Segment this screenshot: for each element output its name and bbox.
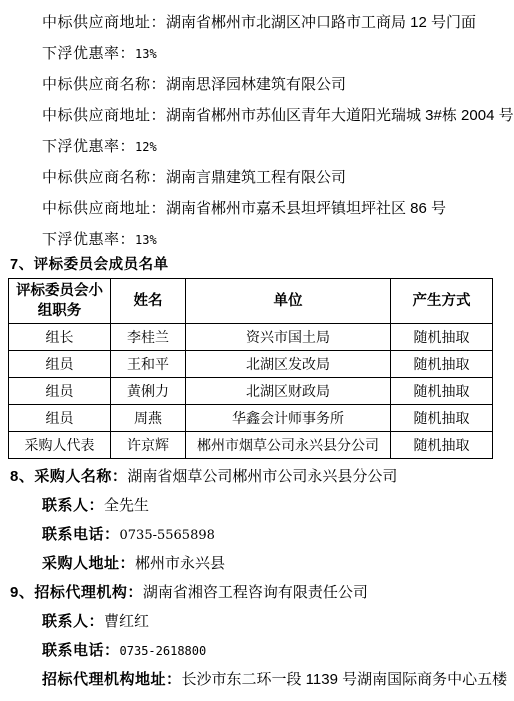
field-label: 下浮优惠率： xyxy=(42,138,135,155)
table-row: 组长 李桂兰 资兴市国土局 随机抽取 xyxy=(9,324,493,351)
cell-name: 黄俐力 xyxy=(111,378,186,405)
field-label: 联系电话： xyxy=(42,642,120,659)
field-value: 曹红红 xyxy=(104,613,149,630)
field-value: 湖南省郴州市苏仙区青年大道阳光瑞城 3#栋 2004 号 xyxy=(166,107,514,124)
winning-supplier-address-line: 中标供应商地址：湖南省郴州市苏仙区青年大道阳光瑞城 3#栋 2004 号 xyxy=(0,100,514,131)
field-label: 9、招标代理机构： xyxy=(10,584,143,601)
field-value: 湖南言鼎建筑工程有限公司 xyxy=(166,169,346,186)
field-label: 招标代理机构地址： xyxy=(42,671,182,688)
cell-unit: 郴州市烟草公司永兴县分公司 xyxy=(186,432,391,459)
field-label: 8、采购人名称： xyxy=(10,468,127,485)
winning-supplier-name-line: 中标供应商名称：湖南言鼎建筑工程有限公司 xyxy=(0,162,514,193)
field-value: 湖南省湘咨工程咨询有限责任公司 xyxy=(143,584,368,601)
cell-unit: 北湖区发改局 xyxy=(186,351,391,378)
cell-unit: 华鑫会计师事务所 xyxy=(186,405,391,432)
field-label: 中标供应商名称： xyxy=(42,169,166,186)
field-label: 采购人地址： xyxy=(42,555,135,572)
cell-name: 王和平 xyxy=(111,351,186,378)
field-value: 湖南思泽园林建筑有限公司 xyxy=(166,76,346,93)
cell-method: 随机抽取 xyxy=(391,351,493,378)
field-label: 下浮优惠率： xyxy=(42,231,135,248)
field-value: 13% xyxy=(135,233,157,247)
discount-rate-line: 下浮优惠率：13% xyxy=(0,38,514,69)
winning-supplier-address-line: 中标供应商地址：湖南省郴州市北湖区冲口路市工商局 12 号门面 xyxy=(0,7,514,38)
field-value: 12% xyxy=(135,140,157,154)
purchaser-name-line: 8、采购人名称：湖南省烟草公司郴州市公司永兴县分公司 xyxy=(0,462,514,491)
cell-method: 随机抽取 xyxy=(391,405,493,432)
agency-phone-line: 联系电话：0735-2618800 xyxy=(0,636,514,665)
purchaser-phone-line: 联系电话：0735-5565898 xyxy=(0,520,514,549)
discount-rate-line: 下浮优惠率：12% xyxy=(0,131,514,162)
table-header-method: 产生方式 xyxy=(391,279,493,324)
field-value: 湖南省烟草公司郴州市公司永兴县分公司 xyxy=(127,468,397,485)
field-label: 下浮优惠率： xyxy=(42,45,135,62)
table-header-unit: 单位 xyxy=(186,279,391,324)
field-value: 湖南省郴州市嘉禾县坦坪镇坦坪社区 86 号 xyxy=(166,200,446,217)
committee-table: 评标委员会小组职务 姓名 单位 产生方式 组长 李桂兰 资兴市国土局 随机抽取 … xyxy=(8,278,493,459)
field-value: 郴州市永兴县 xyxy=(135,555,225,572)
field-label: 联系电话： xyxy=(42,526,120,543)
purchaser-address-line: 采购人地址：郴州市永兴县 xyxy=(0,549,514,578)
agency-name-line: 9、招标代理机构：湖南省湘咨工程咨询有限责任公司 xyxy=(0,578,514,607)
cell-name: 许京辉 xyxy=(111,432,186,459)
field-value: 全先生 xyxy=(104,497,149,514)
cell-name: 周燕 xyxy=(111,405,186,432)
table-row: 组员 王和平 北湖区发改局 随机抽取 xyxy=(9,351,493,378)
winning-supplier-address-line: 中标供应商地址：湖南省郴州市嘉禾县坦坪镇坦坪社区 86 号 xyxy=(0,193,514,224)
purchaser-and-agency-sections: 8、采购人名称：湖南省烟草公司郴州市公司永兴县分公司 联系人：全先生 联系电话：… xyxy=(0,462,514,694)
table-header-name: 姓名 xyxy=(111,279,186,324)
field-label: 联系人： xyxy=(42,497,104,514)
table-row: 组员 黄俐力 北湖区财政局 随机抽取 xyxy=(9,378,493,405)
field-label: 中标供应商地址： xyxy=(42,107,166,124)
table-row: 组员 周燕 华鑫会计师事务所 随机抽取 xyxy=(9,405,493,432)
field-value: 0735-2618800 xyxy=(120,644,207,658)
agency-contact-line: 联系人：曹红红 xyxy=(0,607,514,636)
cell-role: 组员 xyxy=(9,378,111,405)
field-value: 湖南省郴州市北湖区冲口路市工商局 12 号门面 xyxy=(166,14,476,31)
purchaser-contact-line: 联系人：全先生 xyxy=(0,491,514,520)
field-label: 中标供应商地址： xyxy=(42,200,166,217)
field-value: 13% xyxy=(135,47,157,61)
cell-role: 采购人代表 xyxy=(9,432,111,459)
table-header-row: 评标委员会小组职务 姓名 单位 产生方式 xyxy=(9,279,493,324)
cell-role: 组员 xyxy=(9,351,111,378)
table-row: 采购人代表 许京辉 郴州市烟草公司永兴县分公司 随机抽取 xyxy=(9,432,493,459)
section7-heading: 7、评标委员会成员名单 xyxy=(10,257,514,274)
field-label: 中标供应商地址： xyxy=(42,14,166,31)
cell-name: 李桂兰 xyxy=(111,324,186,351)
document-page: 中标供应商地址：湖南省郴州市北湖区冲口路市工商局 12 号门面 下浮优惠率：13… xyxy=(0,0,514,701)
cell-method: 随机抽取 xyxy=(391,378,493,405)
field-value: 0735-5565898 xyxy=(120,528,215,543)
agency-address-line: 招标代理机构地址：长沙市东二环一段 1139 号湖南国际商务中心五楼 xyxy=(0,665,514,694)
table-header-role: 评标委员会小组职务 xyxy=(9,279,111,324)
discount-rate-line: 下浮优惠率：13% xyxy=(0,224,514,255)
cell-method: 随机抽取 xyxy=(391,432,493,459)
winning-supplier-name-line: 中标供应商名称：湖南思泽园林建筑有限公司 xyxy=(0,69,514,100)
cell-unit: 资兴市国土局 xyxy=(186,324,391,351)
field-value: 长沙市东二环一段 1139 号湖南国际商务中心五楼 xyxy=(182,671,508,688)
field-label: 中标供应商名称： xyxy=(42,76,166,93)
cell-role: 组长 xyxy=(9,324,111,351)
cell-unit: 北湖区财政局 xyxy=(186,378,391,405)
field-label: 联系人： xyxy=(42,613,104,630)
cell-role: 组员 xyxy=(9,405,111,432)
cell-method: 随机抽取 xyxy=(391,324,493,351)
